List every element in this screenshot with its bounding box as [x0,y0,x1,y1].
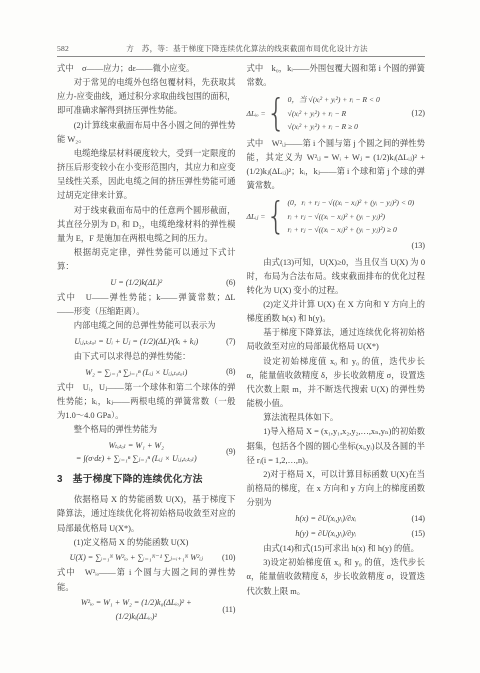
page-header: 582 方 苏，等：基于梯度下降连续优化算法的线束截面布局优化设计方法 [57,43,425,54]
equation-cases: 0，当 √(xᵢ² + yᵢ²) + rᵢ − R < 0 √(xᵢ² + yᵢ… [288,93,407,133]
section-heading-3: 3 基于梯度下降的连续优化方法 [57,473,236,487]
case-line: (0，rᵢ + rⱼ − √((xᵢ − xⱼ)² + (yᵢ − yⱼ)²) … [288,196,425,209]
equation-lhs: ΔLᵢⱼ = [247,210,266,223]
paper-page: 582 方 苏，等：基于梯度下降连续优化算法的线束截面布局优化设计方法 式中 σ… [0,0,480,673]
equation-number: (13) [247,239,426,253]
paragraph: 根据胡克定律，弹性势能可以通过下式计算： [57,246,236,274]
equation-body: Uᵢⱼ,ₜₒₜₐₗ = Uᵢ + Uⱼ = (1/2)(ΔL)²(kᵢ + kⱼ… [74,337,198,346]
paragraph: 由下式可以求得总的弹性势能： [57,350,236,364]
equation-number: (9) [226,446,235,460]
brace-glyph: { [267,105,286,122]
paragraph: 整个格局的弹性势能为 [57,423,236,437]
running-title: 方 苏，等：基于梯度下降连续优化算法的线束截面布局优化设计方法 [69,43,425,54]
paragraph-step1: (1)定义格局 X 的势能函数 U(X) [57,536,236,550]
equation-number: (10) [222,551,235,565]
equation-lhs: ΔLᵢₒ = [247,107,266,120]
paragraph-shizhong: 式中 W²ᵢₒ——第 i 个圆与大圆之间的弹性势能。 [57,566,236,594]
equation-10: U(X) = ∑ᵢ₌₁ᴺ W²ᵢₒ + ∑ᵢ₌₁ᴺ⁻¹ ∑ⱼ₌ᵢ₊₁ᴺ W²ᵢⱼ… [57,551,236,565]
paragraph-step2: (2)计算线束截面布局中各小圆之间的弹性势能 W₂。 [57,119,236,147]
equation-line: (1/2)kᵢ(ΔLᵢₒ)² [57,610,216,624]
equation-number: (11) [222,603,235,617]
equation-14: h(x) = ∂U(xᵢ,yᵢ)/∂xᵢ (14) [247,512,426,526]
equation-body: h(y) = ∂U(xᵢ,yᵢ)/∂yᵢ [295,529,356,538]
paragraph-alg-step1: 1)导入格局 X = (x₁,y₁,x₂,y₂,…,xₙ,yₙ)的初始数据集，包… [247,425,426,467]
equation-15: h(y) = ∂U(xᵢ,yᵢ)/∂yᵢ (15) [247,527,426,541]
equation-line: W²ᵢₒ = W₁ + W₂ = (1/2)k₀(ΔLᵢₒ)² + [57,596,216,610]
paragraph: 基于梯度下降算法，通过连续优化将初始格局收敛至对应的局部最优格局 U(X*) [247,326,426,354]
equation-body: W₂ = ∑ᵢ₌₁ⁿ ∑ⱼ₌₁ⁿ (Lᵢⱼ × Uᵢⱼ,ₜₒₜₐₗ) [85,368,187,377]
equation-12: ΔLᵢₒ = { 0，当 √(xᵢ² + yᵢ²) + rᵢ − R < 0 √… [247,93,426,133]
paragraph: 由式(13)可知，U(X)≥0，当且仅当 U(X) 为 0 时，布局为合法布局。… [247,256,426,298]
case-line: rᵢ + rⱼ − √((xᵢ − xⱼ)² + (yᵢ − yⱼ)²) ≥ 0 [288,223,425,236]
equation-cases: (0，rᵢ + rⱼ − √((xᵢ − xⱼ)² + (yᵢ − yⱼ)²) … [288,196,425,236]
page-content: 式中 σ——应力；dε——微小应变。 对于常见的电缆外包络包覆材料，先获取其应力… [57,62,425,625]
equation-body: U(X) = ∑ᵢ₌₁ᴺ W²ᵢₒ + ∑ᵢ₌₁ᴺ⁻¹ ∑ⱼ₌ᵢ₊₁ᴺ W²ᵢⱼ [70,553,203,562]
page-number: 582 [57,44,69,53]
paragraph: 电缆绝缘层材料硬度较大，受到一定限度的挤压后形变较小在小变形范围内，其应力和应变… [57,147,236,204]
paragraph-shizhong: 式中 W²ᵢⱼ——第 i 个圆与第 j 个圆之间的弹性势能，其定义为 W²ᵢⱼ … [247,137,426,194]
paragraph: 对于线束截面布局中的任意两个圆形截面，其直径分别为 D₁ 和 D₂，电缆绝缘材料… [57,204,236,246]
equation-6: U = (1/2)k(ΔL)² (6) [57,276,236,290]
equation-body: h(x) = ∂U(xᵢ,yᵢ)/∂xᵢ [295,514,356,523]
equation-number: (14) [412,512,425,526]
equation-9: Wₜₒₜₐₗ = W₁ + W₂ = ∫(σ·dε) + ∑ᵢ₌₁ⁿ ∑ⱼ₌₁ⁿ… [57,439,236,466]
paragraph-shizhong: 式中 Uᵢ，Uⱼ——第一个球体和第二个球体的弹性势能；kᵢ，kⱼ——两根电缆的弹… [57,381,236,423]
equation-body: U = (1/2)k(ΔL)² [110,278,162,287]
equation-number: (15) [412,527,425,541]
paragraph-shizhong: 式中 k₀，kᵢ——外围包覆大圆和第 i 个圆的弹簧常数。 [247,62,426,90]
equation-line: Wₜₒₜₐₗ = W₁ + W₂ [57,439,216,453]
equation-number: (12) [412,107,425,120]
paragraph: 由式(14)和式(15)可求出 h(x) 和 h(y) 的值。 [247,542,426,556]
paragraph-alg-step3: 3)设定初始梯度值 x₀ 和 y₀ 的值，迭代步长 α，能量值收敛精度 δ，步长… [247,556,426,598]
equation-number: (6) [226,276,235,290]
paragraph-alg-step2: 2)对于格局 X，可以计算目标函数 U(X)在当前格局的梯度，在 x 方向和 y… [247,468,426,510]
equation-7: Uᵢⱼ,ₜₒₜₐₗ = Uᵢ + Uⱼ = (1/2)(ΔL)²(kᵢ + kⱼ… [57,335,236,349]
equation-11: W²ᵢₒ = W₁ + W₂ = (1/2)k₀(ΔLᵢₒ)² + (1/2)k… [57,596,236,623]
left-column: 式中 σ——应力；dε——微小应变。 对于常见的电缆外包络包覆材料，先获取其应力… [57,62,236,625]
header-rule [57,56,425,57]
paragraph: 依据格局 X 的势能函数 U(X)，基于梯度下降算法，通过连续优化将初始格局收敛… [57,493,236,535]
paragraph-shizhong: 式中 U——弹性势能；k——弹簧常数；ΔL——形变（压缩距离）。 [57,291,236,319]
case-line: √(xᵢ² + yᵢ²) + rᵢ − R [288,107,407,120]
equation-number: (7) [226,335,235,349]
equation-13: ΔLᵢⱼ = { (0，rᵢ + rⱼ − √((xᵢ − xⱼ)² + (yᵢ… [247,196,426,236]
equation-body: W²ᵢₒ = W₁ + W₂ = (1/2)k₀(ΔLᵢₒ)² + (1/2)k… [57,596,216,623]
paragraph-step2: (2)定义并计算 U(X) 在 X 方向和 Y 方向上的梯度函数 h(x) 和 … [247,298,426,326]
case-line: √(xᵢ² + yᵢ²) + rᵢ − R ≥ 0 [288,120,407,133]
paragraph-shizhong: 式中 σ——应力；dε——微小应变。 [57,62,236,76]
equation-line: = ∫(σ·dε) + ∑ᵢ₌₁ⁿ ∑ⱼ₌₁ⁿ (Lᵢⱼ × Uᵢⱼ,ₜₒₜₐₗ… [57,452,216,466]
equation-body: Wₜₒₜₐₗ = W₁ + W₂ = ∫(σ·dε) + ∑ᵢ₌₁ⁿ ∑ⱼ₌₁ⁿ… [57,439,216,466]
paragraph: 设定初始梯度值 x₀ 和 y₀ 的值，迭代步长 α，能量值收敛精度 δ，步长收敛… [247,355,426,412]
brace-glyph: { [266,208,285,225]
right-column: 式中 k₀，kᵢ——外围包覆大圆和第 i 个圆的弹簧常数。 ΔLᵢₒ = { 0… [247,62,426,625]
paragraph: 内部电缆之间的总弹性势能可以表示为 [57,319,236,333]
case-line: rᵢ + rⱼ − √((xᵢ − xⱼ)² + (yᵢ − yⱼ)²) [288,210,425,223]
equation-number: (8) [226,366,235,380]
paragraph: 对于常见的电缆外包络包覆材料，先获取其应力-应变曲线，通过积分求取曲线包围的面积… [57,76,236,118]
equation-8: W₂ = ∑ᵢ₌₁ⁿ ∑ⱼ₌₁ⁿ (Lᵢⱼ × Uᵢⱼ,ₜₒₜₐₗ) (8) [57,366,236,380]
case-line: 0，当 √(xᵢ² + yᵢ²) + rᵢ − R < 0 [288,93,407,106]
paragraph: 算法流程具体如下。 [247,411,426,425]
